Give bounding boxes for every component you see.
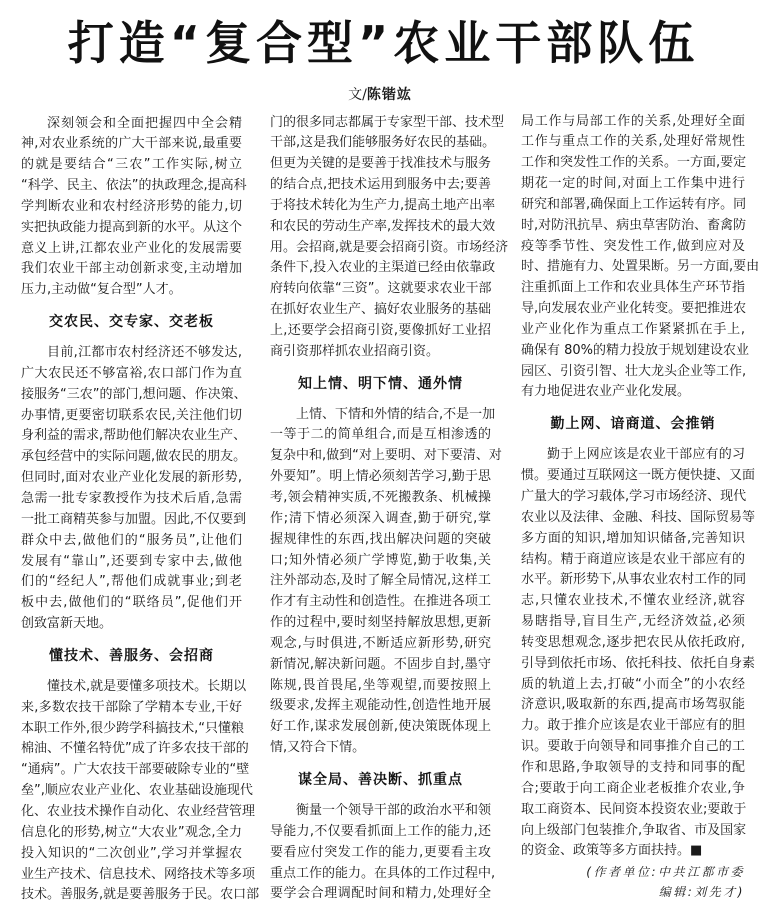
column-3: 局工作与局部工作的关系,处理好全面 工作与重点工作的关系,处理好常规性 工作和突… — [521, 112, 745, 903]
text-line: “科学、民主、依法”的执政理念,提高科 — [21, 176, 242, 197]
text-line: 业产业化作为重点工作紧紧抓在手上, — [521, 320, 745, 341]
text-line: 识。要敢于向领导和同事推介自己的工 — [521, 737, 745, 758]
byline-prefix: 文/ — [348, 87, 367, 103]
text-line: 考,领会精神实质,不死搬教条、机械操 — [270, 488, 491, 509]
text-line: 化、农业技术操作自动化、农业经营管理 — [21, 802, 242, 823]
text-line: 水平。新形势下,从事农业农村工作的同 — [521, 570, 745, 591]
text-line: 惯。要通过互联网这一既方便快捷、又面 — [521, 466, 745, 487]
text-line: 工作与重点工作的关系,处理好常规性 — [521, 132, 745, 153]
text-line: 实把执政能力提高到新的水平。从这个 — [21, 218, 242, 239]
text-line: 商引资那样抓农业招商引资。 — [270, 342, 491, 363]
text-line: 工作和突发性工作的关系。一方面,要定 — [521, 153, 745, 174]
section-heading: 交农民、交专家、交老板 — [21, 301, 242, 343]
text-line: 要学会合理调配时间和精力,处理好全 — [270, 884, 491, 905]
section-heading: 谋全局、善决断、抓重点 — [270, 759, 491, 801]
text-line: 作和思路,争取领导的支持和同事的配 — [521, 758, 745, 779]
text-line: 办事情,更要密切联系农民,关注他们切 — [21, 406, 242, 427]
text-line: 在抓好农业生产、搞好农业服务的基础 — [270, 300, 491, 321]
paragraph-continued: 门的很多同志都属于专家型干部、技术型 干部,这是我们能够服务好农民的基础。 但更… — [270, 113, 491, 363]
text-line: 陈规,畏首畏尾,坐等观望,而要按照上 — [270, 676, 491, 697]
text-line: 口;知外情必须广学博览,勤于收集,关 — [270, 551, 491, 572]
text-line: 门的很多同志都属于专家型干部、技术型 — [270, 113, 491, 134]
paragraph-continued: 局工作与局部工作的关系,处理好全面 工作与重点工作的关系,处理好常规性 工作和突… — [521, 112, 745, 404]
text-line: 疫等季节性、突发性工作,做到应对及 — [521, 237, 745, 258]
text-line: 条件下,投入农业的主渠道已经由依靠政 — [270, 258, 491, 279]
text-line: “通病”。广大农技干部要破除专业的“壁 — [21, 760, 242, 781]
text-line: 学判断农业和农村经济形势的能力,切 — [21, 197, 242, 218]
text-line-end-mark: 的资金、政策等多方面扶持。■ — [521, 841, 745, 862]
text-line: 广量大的学习载体,学习市场经济、现代 — [521, 487, 745, 508]
text-line: 时,对防汛抗旱、病虫草害防治、畜禽防 — [521, 216, 745, 237]
byline: 文/陈锴竑 — [300, 84, 460, 106]
article-title: 打造“复合型”农业干部队伍 — [0, 14, 767, 72]
text-line: 观念,与时俱进,不断适应新形势,研究 — [270, 634, 491, 655]
text-line: 勤于上网应该是农业干部应有的习 — [521, 445, 745, 466]
text-line: 园区、引资引智、壮大龙头企业等工作, — [521, 362, 745, 383]
text-line: 压力,主动做“复合型”人才。 — [21, 280, 242, 301]
text-line: 府转向依靠“三资”。这就要求农业干部 — [270, 279, 491, 300]
text-line: 板中去,做他们的“联络员”,促他们开 — [21, 593, 242, 614]
text-line: 一批工商精英参与加盟。因此,不仅要到 — [21, 510, 242, 531]
text-line: 期花一定的时间,对面上工作集中进行 — [521, 174, 745, 195]
text-line: 级要求,发挥主观能动性,创造性地开展 — [270, 696, 491, 717]
text-line: 但同时,面对农业产业化发展的新形势, — [21, 468, 242, 489]
paragraph: 上情、下情和外情的结合,不是一加 一等于二的简单组合,而是互相渗透的 复杂中和,… — [270, 405, 491, 759]
text-line: 时、措施有力、处置果断。另一方面,要由 — [521, 257, 745, 278]
section-heading: 知上情、明下情、通外情 — [270, 363, 491, 405]
text-line: 于将技术转化为生产力,提高土地产出率 — [270, 196, 491, 217]
text-line: 发展有“靠山”,还要到专家中去,做他 — [21, 552, 242, 573]
text-line: 投入知识的“二次创业”,学习并掌握农 — [21, 844, 242, 865]
text-line: 作;清下情必须深入调查,勤于研究,掌 — [270, 509, 491, 530]
text-line: 要看应付突发工作的能力,更要看主攻 — [270, 843, 491, 864]
text-line: 结构。精于商道应该是农业干部应有的 — [521, 550, 745, 571]
text-line: 引导到依托市场、依托科技、依托自身素 — [521, 654, 745, 675]
text-line: 局工作与局部工作的关系,处理好全面 — [521, 112, 745, 133]
text-line: 承包经营中的实际问题,做农民的朋友。 — [21, 447, 242, 468]
text-line: 力。敢于推介应该是农业干部应有的胆 — [521, 716, 745, 737]
text-line: 研究和部署,确保面上工作运转有序。同 — [521, 195, 745, 216]
text-line: 一等于二的简单组合,而是互相渗透的 — [270, 425, 491, 446]
text-line: 合;要敢于向工商企业老板推介农业,争 — [521, 779, 745, 800]
text-line: 来,多数农技干部除了学精本专业,干好 — [21, 698, 242, 719]
text-line: 志,只懂农业技术,不懂农业经济,就容 — [521, 591, 745, 612]
text-line: 多方面的知识,增加知识储备,完善知识 — [521, 529, 745, 550]
text-line: 和农民的劳动生产率,发挥技术的最大效 — [270, 217, 491, 238]
author-unit-note: (作者单位:中共江都市委 — [521, 862, 745, 882]
column-2: 门的很多同志都属于专家型干部、技术型 干部,这是我们能够服务好农民的基础。 但更… — [270, 113, 491, 906]
text-line: 确保有 80%的精力投放于规划建设农业 — [521, 341, 745, 362]
paragraph: 目前,江都市农村经济还不够发达, 广大农民还不够富裕,农口部门作为直 接服务“三… — [21, 343, 242, 635]
editor-note: 编辑:刘先才) — [521, 882, 745, 902]
text-line: 我们农业干部主动创新求变,主动增加 — [21, 259, 242, 280]
text-line: 导能力,不仅要看抓面上工作的能力,还 — [270, 822, 491, 843]
text-line: 信息化的形势,树立“大农业”观念,全力 — [21, 823, 242, 844]
text-line: 广大农民还不够富裕,农口部门作为直 — [21, 364, 242, 385]
text-line: 们的“经纪人”,帮他们成就事业;到老 — [21, 572, 242, 593]
text-line: 注外部动态,及时了解全局情况,这样工 — [270, 571, 491, 592]
text-line: 目前,江都市农村经济还不够发达, — [21, 343, 242, 364]
text-line: 深刻领会和全面把握四中全会精 — [21, 114, 242, 135]
text-line: 的就是要结合“三农”工作实际,树立 — [21, 155, 242, 176]
text-line: 创致富新天地。 — [21, 614, 242, 635]
text-line: 身利益的需求,帮助他们解决农业生产、 — [21, 426, 242, 447]
text-line: 情,又符合下情。 — [270, 738, 491, 759]
text-line: 好工作,谋求发展创新,使决策既体现上 — [270, 717, 491, 738]
text-line: 本职工作外,很少跨学科搞技术,“只懂粮 — [21, 719, 242, 740]
text-line: 群众中去,做他们的“服务员”,让他们 — [21, 531, 242, 552]
text-line: 急需一批专家教授作为技术后盾,急需 — [21, 489, 242, 510]
text-line: 上情、下情和外情的结合,不是一加 — [270, 405, 491, 426]
paragraph: 勤于上网应该是农业干部应有的习 惯。要通过互联网这一既方便快捷、又面 广量大的学… — [521, 445, 745, 862]
text-line: 注重抓面上工作和农业具体生产环节指 — [521, 278, 745, 299]
text-line: 衡量一个领导干部的政治水平和领 — [270, 801, 491, 822]
text-line: 新情况,解决新问题。不固步自封,墨守 — [270, 655, 491, 676]
text-line: 意义上讲,江都农业产业化的发展需要 — [21, 239, 242, 260]
text-line: 取工商资本、民间资本投资农业;要敢于 — [521, 800, 745, 821]
paragraph: 衡量一个领导干部的政治水平和领 导能力,不仅要看抓面上工作的能力,还 要看应付突… — [270, 801, 491, 905]
text-line: 上,还要学会招商引资,要像抓好工业招 — [270, 321, 491, 342]
text-line: 向上级部门包装推介,争取省、市及国家 — [521, 821, 745, 842]
text-line: 济意识,吸取新的东西,提高市场驾驭能 — [521, 695, 745, 716]
text-line: 但更为关键的是要善于找准技术与服务 — [270, 154, 491, 175]
text-line: 接服务“三农”的部门,想问题、作决策、 — [21, 385, 242, 406]
text-line: 垒”,顺应农业产业化、农业基础设施现代 — [21, 781, 242, 802]
text-line: 握规律性的东西,找出解决问题的突破 — [270, 530, 491, 551]
paragraph-intro: 深刻领会和全面把握四中全会精 神,对农业系统的广大干部来说,最重要 的就是要结合… — [21, 114, 242, 302]
text-line: 作才有主动性和创造性。在推进各项工 — [270, 592, 491, 613]
text-line: 懂技术,就是要懂多项技术。长期以 — [21, 677, 242, 698]
text-line: 棉油、不懂名特优”成了许多农技干部的 — [21, 739, 242, 760]
byline-author: 陈锴竑 — [367, 87, 412, 103]
paragraph: 懂技术,就是要懂多项技术。长期以 来,多数农技干部除了学精本专业,干好 本职工作… — [21, 677, 242, 906]
text-line: 有力地促进农业产业化发展。 — [521, 382, 745, 403]
text-line: 重点工作的能力。在具体的工作过程中, — [270, 864, 491, 885]
text-line: 业生产技术、信息技术、网络技术等多项 — [21, 865, 242, 886]
text-line: 技术。善服务,就是要善服务于民。农口部 — [21, 885, 242, 906]
text-line: 质的轨道上去,打破“小而全”的小农经 — [521, 675, 745, 696]
text-line: 复杂中和,做到“对上要明、对下要清、对 — [270, 446, 491, 467]
text-line: 干部,这是我们能够服务好农民的基础。 — [270, 133, 491, 154]
column-1: 深刻领会和全面把握四中全会精 神,对农业系统的广大干部来说,最重要 的就是要结合… — [21, 114, 242, 907]
text-line: 农业以及法律、金融、科技、国际贸易等 — [521, 508, 745, 529]
text-line: 转变思想观念,逐步把农民从依托政府, — [521, 633, 745, 654]
section-heading: 勤上网、谙商道、会推销 — [521, 403, 745, 445]
text-line: 的结合点,把技术运用到服务中去;要善 — [270, 175, 491, 196]
section-heading: 懂技术、善服务、会招商 — [21, 635, 242, 677]
text-line: 易瞎指导,盲目生产,无经济效益,必须 — [521, 612, 745, 633]
text-line: 神,对农业系统的广大干部来说,最重要 — [21, 134, 242, 155]
text-line: 作的过程中,要时刻坚持解放思想,更新 — [270, 613, 491, 634]
text-line: 外要知”。明上情必须刻苦学习,勤于思 — [270, 467, 491, 488]
text-line: 导,向发展农业产业化转变。要把推进农 — [521, 299, 745, 320]
text-line: 用。会招商,就是要会招商引资。市场经济 — [270, 238, 491, 259]
